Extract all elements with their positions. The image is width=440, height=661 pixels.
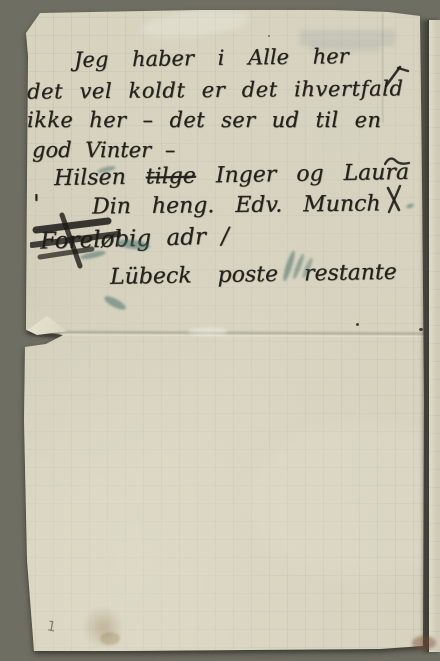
edge-stain	[412, 636, 436, 650]
fold-crease-highlight	[188, 328, 228, 335]
document-scan: Jeg haber i Alle her det vel koldt er de…	[0, 0, 440, 661]
struck-out-word: tilge	[146, 164, 196, 190]
teal-smudge	[103, 294, 128, 312]
ink-speck	[356, 323, 359, 326]
paper-sheen	[139, 5, 251, 42]
greeting-names: Inger og Laura	[216, 160, 410, 188]
ink-speck	[268, 35, 270, 37]
greeting-word: Hilsen	[54, 165, 126, 191]
handwriting-line-4: god Vinter –	[32, 138, 175, 162]
handwriting-line-1: Jeg haber i Alle her	[74, 44, 349, 72]
ink-blot-scribble	[30, 212, 165, 270]
paper-sheen	[250, 420, 440, 580]
pencil-page-number: 1	[46, 618, 58, 635]
adjacent-page-edge	[427, 20, 440, 652]
stray-ink-marks	[384, 60, 426, 250]
ink-speck	[419, 328, 423, 331]
handwriting-line-2: det vel koldt er det ihvertfald	[27, 76, 404, 103]
handwriting-line-3: ikke her – det ser ud til en	[27, 108, 381, 132]
paper-stain	[100, 632, 120, 645]
handwriting-line-5-greeting: Hilsen tilge Inger og Laura	[54, 160, 409, 191]
